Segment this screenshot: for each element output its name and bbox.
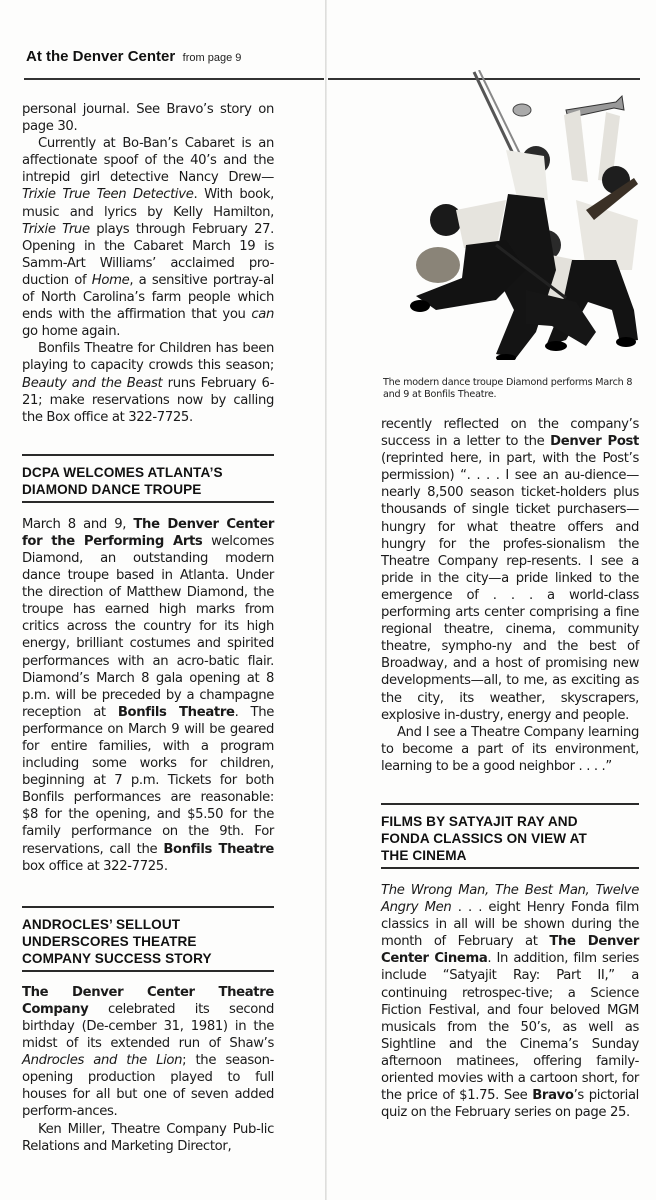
right-column: recently reflected on the company’s succ… bbox=[381, 416, 639, 1121]
text-run: Bonfils Theatre bbox=[118, 705, 235, 720]
left-column: personal journal. See Bravo’s story on p… bbox=[22, 101, 274, 1155]
text-run: Ken Miller, Theatre Company Pub-lic Rela… bbox=[22, 1122, 274, 1154]
text-run: Home bbox=[92, 273, 130, 288]
text-run: Androcles and the Lion bbox=[22, 1053, 182, 1068]
text-run: go home again. bbox=[22, 324, 120, 339]
text-run: And I see a Theatre Company learning to … bbox=[381, 725, 639, 774]
headline-line: DIAMOND DANCE TROUPE bbox=[22, 481, 274, 498]
intro-paragraph-2: Currently at Bo-Ban’s Cabaret is an affe… bbox=[22, 135, 274, 340]
headline-line: FILMS BY SATYAJIT RAY AND bbox=[381, 813, 639, 830]
headline-line: COMPANY SUCCESS STORY bbox=[22, 950, 274, 967]
headline-line: UNDERSCORES THEATRE bbox=[22, 933, 274, 950]
text-run: Trixie True bbox=[22, 222, 90, 237]
headline-line: FONDA CLASSICS ON VIEW AT bbox=[381, 830, 639, 847]
films-article-body: The Wrong Man, The Best Man, Twelve Angr… bbox=[381, 882, 639, 1121]
text-run: . In addition, film series include “Saty… bbox=[381, 951, 639, 1103]
photo-dance-troupe-icon bbox=[376, 70, 638, 360]
page-gutter bbox=[325, 0, 327, 1200]
text-run: personal journal. See Bravo’s story on p… bbox=[22, 102, 274, 134]
text-run: Bravo bbox=[532, 1088, 573, 1103]
headline-diamond: DCPA WELCOMES ATLANTA’S DIAMOND DANCE TR… bbox=[22, 454, 274, 503]
text-run: Beauty and the Beast bbox=[22, 376, 162, 391]
text-run: Denver Post bbox=[550, 434, 639, 449]
intro-paragraph-1: personal journal. See Bravo’s story on p… bbox=[22, 101, 274, 135]
headline-androcles: ANDROCLES’ SELLOUT UNDERSCORES THEATRE C… bbox=[22, 906, 274, 972]
text-run: Bonfils Theatre bbox=[163, 842, 274, 857]
text-run: Bonfils Theatre for Children has been pl… bbox=[22, 341, 274, 373]
text-run: Trixie True Teen Detective bbox=[22, 187, 193, 202]
running-head-continuation: from page 9 bbox=[183, 52, 242, 64]
headline-line: DCPA WELCOMES ATLANTA’S bbox=[22, 464, 274, 481]
text-run: welcomes Diamond, an outstanding modern … bbox=[22, 534, 274, 720]
text-run: . The performance on March 9 will be gea… bbox=[22, 705, 274, 857]
photo-caption: The modern dance troupe Diamond performs… bbox=[383, 377, 641, 401]
text-run: (reprinted here, in part, with the Post’… bbox=[381, 451, 639, 722]
diamond-article-body: March 8 and 9, The Denver Center for the… bbox=[22, 516, 274, 875]
running-head-title: At the Denver Center bbox=[26, 48, 175, 65]
androcles-continued-paragraph-1: recently reflected on the company’s succ… bbox=[381, 416, 639, 724]
text-run: Currently at Bo-Ban’s Cabaret is an affe… bbox=[22, 136, 274, 185]
text-run: can bbox=[251, 307, 274, 322]
header-rule-left bbox=[24, 78, 324, 80]
intro-paragraph-3: Bonfils Theatre for Children has been pl… bbox=[22, 340, 274, 425]
headline-line: ANDROCLES’ SELLOUT bbox=[22, 916, 274, 933]
dance-troupe-photo bbox=[376, 70, 638, 360]
androcles-continued-paragraph-2: And I see a Theatre Company learning to … bbox=[381, 724, 639, 775]
text-run: box office at 322-7725. bbox=[22, 859, 168, 874]
headline-line: THE CINEMA bbox=[381, 847, 639, 864]
running-head: At the Denver Center from page 9 bbox=[26, 48, 326, 66]
androcles-paragraph-2: Ken Miller, Theatre Company Pub-lic Rela… bbox=[22, 1121, 274, 1155]
androcles-paragraph-1: The Denver Center Theatre Company celebr… bbox=[22, 984, 274, 1121]
text-run: March 8 and 9, bbox=[22, 517, 133, 532]
headline-films: FILMS BY SATYAJIT RAY AND FONDA CLASSICS… bbox=[381, 803, 639, 869]
